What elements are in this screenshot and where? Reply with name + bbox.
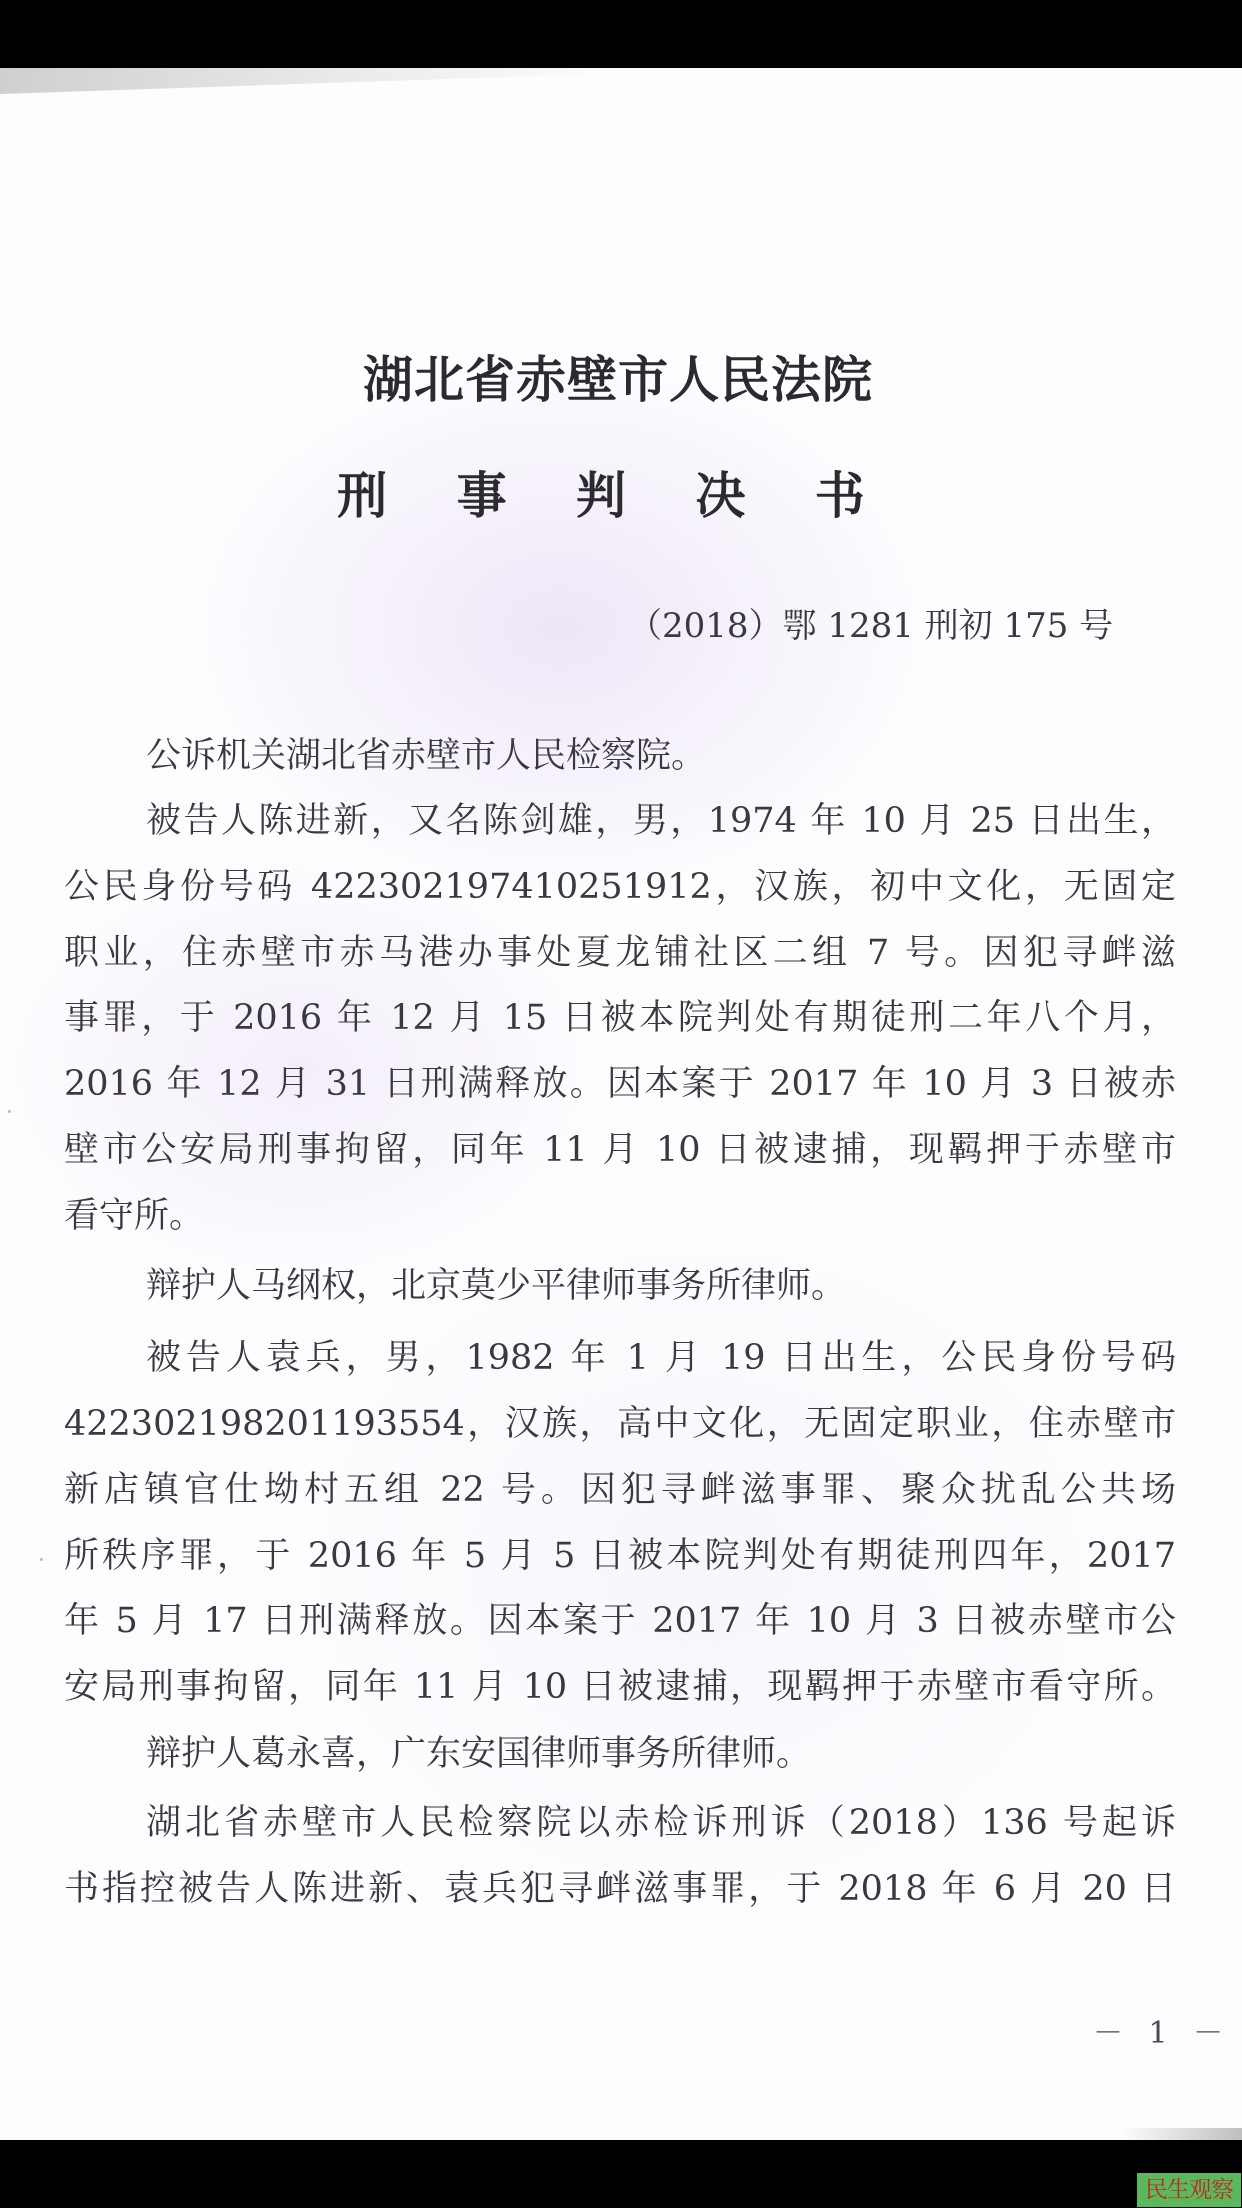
- body-line: 书指控被告人陈进新、袁兵犯寻衅滋事罪，于 2018 年 6 月 20 日: [64, 1861, 1176, 1911]
- body-line: 壁市公安局刑事拘留，同年 11 月 10 日被逮捕，现羁押于赤壁市: [64, 1122, 1176, 1172]
- scanned-page: 湖北省赤壁市人民法院 刑 事 判 决 书 （2018）鄂 1281 刑初 175…: [0, 68, 1242, 2140]
- body-line: 湖北省赤壁市人民检察院以赤检诉刑诉（2018）136 号起诉: [146, 1795, 1176, 1845]
- document-type-heading: 刑 事 判 决 书: [0, 456, 1222, 528]
- page-edge-shadow: [0, 68, 620, 94]
- body-line: 安局刑事拘留，同年 11 月 10 日被逮捕，现羁押于赤壁市看守所。: [64, 1659, 1176, 1709]
- body-line: 年 5 月 17 日刑满释放。因本案于 2017 年 10 月 3 日被赤壁市公: [64, 1593, 1176, 1643]
- body-line: 公诉机关湖北省赤壁市人民检察院。: [146, 728, 706, 778]
- body-line: 2016 年 12 月 31 日刑满释放。因本案于 2017 年 10 月 3 …: [64, 1056, 1176, 1106]
- body-line: 422302198201193554，汉族，高中文化，无固定职业，住赤壁市: [64, 1396, 1176, 1446]
- watermark-badge: 民生观察: [1137, 2173, 1241, 2207]
- body-line: 辩护人葛永喜，广东安国律师事务所律师。: [146, 1726, 811, 1776]
- page-number: － 1 －: [1093, 2008, 1231, 2052]
- body-line: 看守所。: [64, 1188, 204, 1238]
- page-edge-shadow-bottom: [1122, 2128, 1242, 2140]
- body-line: 辩护人马纲权，北京莫少平律师事务所律师。: [146, 1258, 846, 1308]
- body-line: 公民身份号码 422302197410251912，汉族，初中文化，无固定: [64, 859, 1176, 909]
- top-black-bar: [0, 0, 1242, 68]
- body-line: 事罪，于 2016 年 12 月 15 日被本院判处有期徒刑二年八个月，: [64, 990, 1176, 1040]
- body-line: 职业，住赤壁市赤马港办事处夏龙铺社区二组 7 号。因犯寻衅滋: [64, 925, 1176, 975]
- scan-speck: [8, 1110, 11, 1113]
- bottom-black-bar: [0, 2140, 1242, 2208]
- body-line: 被告人袁兵，男，1982 年 1 月 19 日出生，公民身份号码: [146, 1330, 1176, 1380]
- case-number: （2018）鄂 1281 刑初 175 号: [628, 598, 1113, 647]
- body-line: 所秩序罪，于 2016 年 5 月 5 日被本院判处有期徒刑四年，2017: [64, 1528, 1176, 1578]
- scan-speck: [40, 1558, 43, 1561]
- body-line: 被告人陈进新，又名陈剑雄，男，1974 年 10 月 25 日出生，: [146, 793, 1176, 843]
- court-name-heading: 湖北省赤壁市人民法院: [0, 340, 1239, 412]
- body-line: 新店镇官仕坳村五组 22 号。因犯寻衅滋事罪、聚众扰乱公共场: [64, 1462, 1176, 1512]
